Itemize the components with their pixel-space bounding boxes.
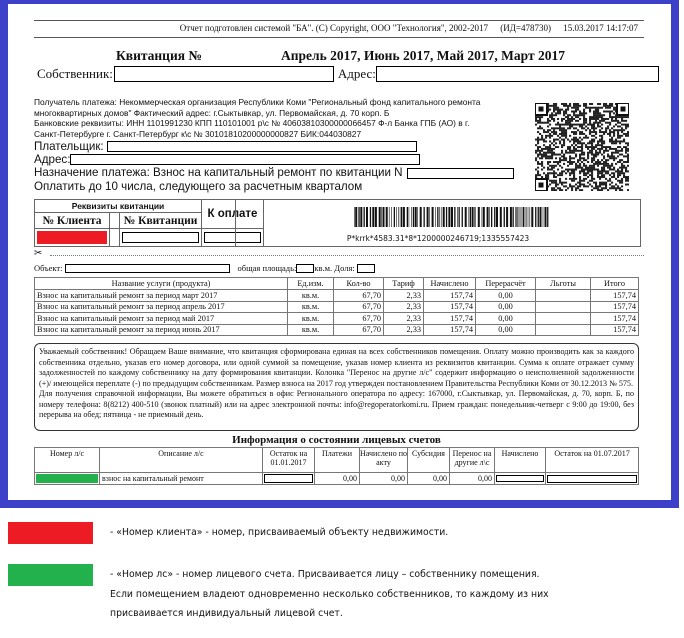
col-recalc: Перерасчёт — [476, 278, 536, 290]
services-table: Название услуги (продукта) Ед.изм. Кол-в… — [34, 277, 639, 336]
legend-green-text: - «Номер лс» - номер лицевого счета. При… — [110, 566, 540, 584]
barcode-cell: P*krrk*4583.31*8*1200000246719;133555742… — [235, 199, 641, 247]
account-number-highlight — [36, 474, 98, 483]
object-label: Объект: — [34, 263, 63, 273]
balance-end-cell — [546, 473, 639, 485]
account-description: взнос на капитальный ремонт — [100, 473, 263, 485]
red-swatch — [8, 522, 93, 544]
bank-details: Банковские реквизиты: ИНН 1101991230 КПП… — [34, 118, 504, 129]
service-recalc: 0,00 — [476, 313, 536, 325]
report-id: (ИД=478730) — [500, 23, 551, 33]
col-account-description: Описание л/с — [100, 448, 263, 473]
owner-label: Собственник: — [37, 66, 113, 82]
legend-green-text-2: Если помещением владеют одновременно нес… — [110, 586, 549, 604]
cut-line: ✂ — [34, 250, 644, 260]
payer-address-row: Адрес: — [34, 153, 514, 166]
requisites-title: Реквизиты квитанции — [35, 200, 202, 213]
payments-value: 0,00 — [315, 473, 360, 485]
services-header-row: Название услуги (продукта) Ед.изм. Кол-в… — [35, 278, 639, 290]
spacer-cell — [110, 213, 120, 229]
receipt-number-cell — [120, 229, 202, 247]
transfer-value: 0,00 — [450, 473, 495, 485]
col-benefits: Льготы — [536, 278, 591, 290]
account-row: взнос на капитальный ремонт 0,00 0,00 0,… — [35, 473, 639, 485]
accounts-title: Информация о состоянии лицевых счетов — [34, 434, 639, 446]
receipt-number-value[interactable] — [122, 232, 199, 243]
service-recalc: 0,00 — [476, 301, 536, 313]
service-total: 157,74 — [591, 290, 639, 302]
charged-cell — [495, 473, 546, 485]
service-qty: 67,70 — [334, 301, 384, 313]
service-row: Взнос на капитальный ремонт за период ма… — [35, 290, 639, 302]
col-charged: Начислено — [495, 448, 546, 473]
notice-paragraph: Уважаемый собственник! Обращаем Ваше вни… — [39, 347, 634, 389]
receipt-periods: Апрель 2017, Июнь 2017, Май 2017, Март 2… — [281, 48, 565, 64]
contact-paragraph: Для получения справочной информации, Вы … — [39, 389, 634, 421]
service-charged: 157,74 — [424, 313, 476, 325]
col-subsidy: Субсидия — [408, 448, 450, 473]
share-field[interactable] — [357, 264, 375, 273]
service-tariff: 2,33 — [384, 324, 424, 336]
payment-purpose-label: Назначение платежа: Взнос на капитальный… — [34, 166, 403, 179]
service-charged: 157,74 — [424, 290, 476, 302]
col-payments: Платежи — [315, 448, 360, 473]
area-label: общая площадь: — [238, 263, 297, 273]
object-field[interactable] — [65, 264, 230, 273]
balance-start-value — [264, 474, 313, 483]
service-tariff: 2,33 — [384, 290, 424, 302]
service-total: 157,74 — [591, 301, 639, 313]
col-charged: Начислено — [424, 278, 476, 290]
service-benefits — [536, 290, 591, 302]
report-system: Отчет подготовлен системой "БА". (С) Cop… — [180, 23, 488, 33]
accounts-table: Номер л/с Описание л/с Остаток на 01.01.… — [34, 447, 639, 485]
service-unit: кв.м. — [288, 301, 334, 313]
payer-address-field[interactable] — [70, 154, 420, 165]
service-qty: 67,70 — [334, 324, 384, 336]
bank-details-cont: Санкт-Петербурге г. Санкт-Петербург к\с … — [34, 129, 504, 140]
service-unit: кв.м. — [288, 324, 334, 336]
service-qty: 67,70 — [334, 313, 384, 325]
payment-purpose-row: Назначение платежа: Взнос на капитальный… — [34, 166, 514, 179]
scissors-icon: ✂ — [34, 248, 42, 259]
col-transfer: Перенос на другие л\с — [450, 448, 495, 473]
service-name: Взнос на капитальный ремонт за период ма… — [35, 290, 288, 302]
service-qty: 67,70 — [334, 290, 384, 302]
payment-recipient: Получатель платежа: Некоммерческая орган… — [34, 97, 504, 139]
recipient-line: Получатель платежа: Некоммерческая орган… — [34, 97, 504, 108]
col-charged-by-act: Начислено по акту — [360, 448, 408, 473]
charged-value — [496, 475, 544, 482]
balance-end-value — [547, 475, 637, 483]
receipt-requisites: Реквизиты квитанции К оплате № Клиента №… — [34, 199, 264, 247]
area-field[interactable] — [296, 264, 314, 273]
col-balance-start: Остаток на 01.01.2017 — [263, 448, 315, 473]
client-number-cell — [35, 229, 110, 247]
green-swatch — [8, 564, 93, 586]
col-unit: Ед.изм. — [288, 278, 334, 290]
due-date-text: Оплатить до 10 числа, следующего за расч… — [34, 180, 514, 193]
payer-row: Плательщик: — [34, 140, 514, 153]
service-name: Взнос на капитальный ремонт за период ма… — [35, 313, 288, 325]
col-account-number: Номер л/с — [35, 448, 100, 473]
object-row: Объект: общая площадь: кв.м. Доля: — [34, 263, 375, 273]
owner-notice: Уважаемый собственник! Обращаем Ваше вни… — [34, 343, 639, 431]
service-benefits — [536, 313, 591, 325]
col-total: Итого — [591, 278, 639, 290]
owner-field[interactable] — [114, 66, 334, 82]
service-unit: кв.м. — [288, 290, 334, 302]
payer-block: Плательщик: Адрес: Назначение платежа: В… — [34, 140, 514, 193]
col-service-name: Название услуги (продукта) — [35, 278, 288, 290]
accounts-header-row: Номер л/с Описание л/с Остаток на 01.01.… — [35, 448, 639, 473]
report-header-line: Отчет подготовлен системой "БА". (С) Cop… — [34, 20, 644, 38]
col-tariff: Тариф — [384, 278, 424, 290]
owner-address-field[interactable] — [376, 66, 659, 82]
service-benefits — [536, 301, 591, 313]
service-name: Взнос на капитальный ремонт за период ап… — [35, 301, 288, 313]
client-number-highlight — [37, 231, 107, 244]
service-recalc: 0,00 — [476, 290, 536, 302]
account-number-cell — [35, 473, 100, 485]
service-row: Взнос на капитальный ремонт за период ию… — [35, 324, 639, 336]
service-tariff: 2,33 — [384, 313, 424, 325]
service-row: Взнос на капитальный ремонт за период ма… — [35, 313, 639, 325]
service-total: 157,74 — [591, 324, 639, 336]
service-charged: 157,74 — [424, 324, 476, 336]
service-name: Взнос на капитальный ремонт за период ию… — [35, 324, 288, 336]
report-datetime: 15.03.2017 14:17:07 — [563, 23, 638, 33]
spacer-cell — [110, 229, 120, 247]
balance-start-cell — [263, 473, 315, 485]
legend-red-text: - «Номер клиента» - номер, присваиваемый… — [110, 524, 448, 542]
receipt-number-field[interactable] — [407, 168, 514, 179]
qr-code — [535, 103, 629, 191]
charged-by-act-value: 0,00 — [360, 473, 408, 485]
service-tariff: 2,33 — [384, 301, 424, 313]
receipt-title: Квитанция № — [116, 48, 202, 64]
owner-address-label: Адрес: — [338, 66, 376, 82]
service-recalc: 0,00 — [476, 324, 536, 336]
service-row: Взнос на капитальный ремонт за период ап… — [35, 301, 639, 313]
payer-field[interactable] — [107, 141, 417, 152]
service-benefits — [536, 324, 591, 336]
subsidy-value: 0,00 — [408, 473, 450, 485]
payer-address-label: Адрес: — [34, 153, 70, 166]
dotted-line — [50, 255, 644, 256]
service-unit: кв.м. — [288, 313, 334, 325]
owner-row: Собственник: Адрес: — [37, 66, 659, 82]
col-balance-end: Остаток на 01.07.2017 — [546, 448, 639, 473]
col-qty: Кол-во — [334, 278, 384, 290]
share-label: кв.м. Доля: — [314, 263, 354, 273]
service-charged: 157,74 — [424, 301, 476, 313]
client-number-label: № Клиента — [35, 213, 110, 229]
service-total: 157,74 — [591, 313, 639, 325]
receipt-number-label: № Квитанции — [120, 213, 202, 229]
payer-label: Плательщик: — [34, 140, 104, 153]
recipient-address: многоквартирных домов" Фактический адрес… — [34, 108, 504, 119]
legend-green-text-3: присваивается индивидуальный лицевой сче… — [110, 605, 343, 623]
barcode-text: P*krrk*4583.31*8*1200000246719;133555742… — [236, 234, 640, 243]
barcode — [354, 207, 549, 227]
